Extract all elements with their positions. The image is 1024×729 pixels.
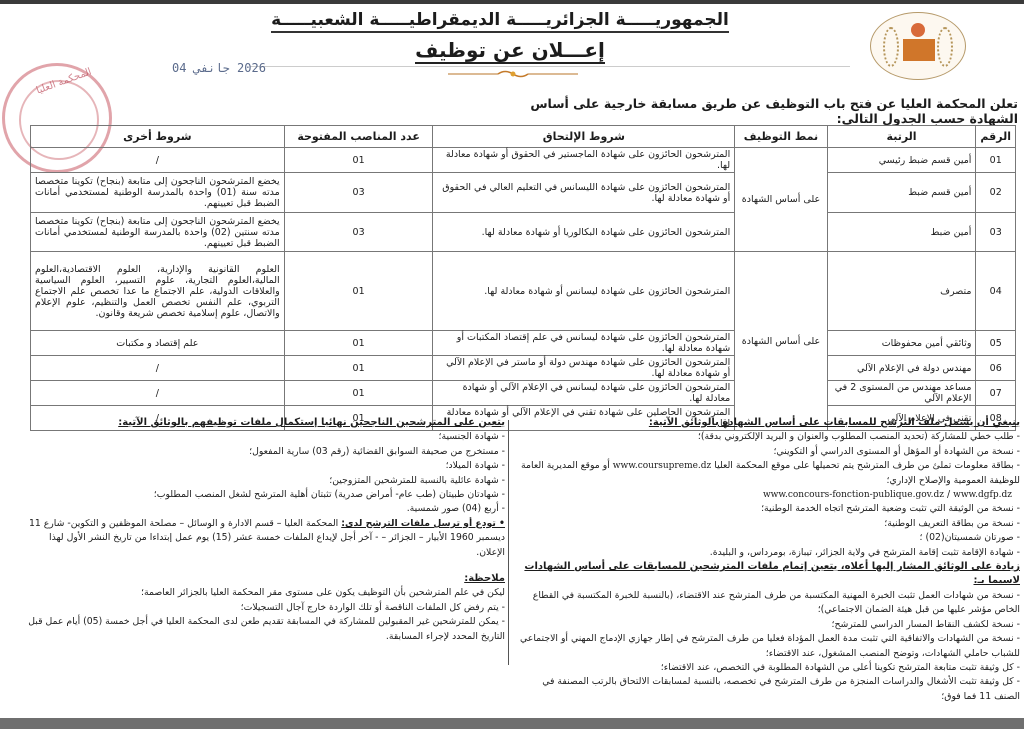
row-rank: أمين قسم ضبط رئيسي: [827, 148, 976, 173]
doc-item: - كل وثيقة تثبت متابعة المترشح تكوينا أع…: [515, 661, 1020, 675]
table-row: 07 مساعد مهندس من المستوى 2 في الإعلام ا…: [31, 381, 1016, 406]
row-other: يخضع المترشحون الناجحون إلى متابعة (بنجا…: [31, 213, 285, 252]
link-concours-fonction-publique[interactable]: www.concours-fonction-publique.gov.dz: [763, 490, 944, 500]
doc-item-text: - بطاقة معلومات تملئ من طرف المترشح يتم …: [714, 460, 1020, 471]
row-count: 01: [284, 148, 433, 173]
crest-icon: [911, 23, 925, 37]
doc-item: - شهادة الإقامة تثبت إقامة المترشح في ول…: [515, 546, 1020, 560]
announcement-title-text: إعـــلان عن توظيف: [415, 38, 605, 64]
row-num: 06: [976, 356, 1016, 381]
row-conditions: المترشحون الحائزون على شهادة ليسانس في ا…: [433, 381, 735, 406]
table-row: 04 متصرف على أساس الشهادة المترشحون الحا…: [31, 252, 1016, 331]
doc-item: - نسخة لكشف النقاط المسار الدراسي للمترش…: [515, 618, 1020, 632]
table-row: 01 أمين قسم ضبط رئيسي على أساس الشهادة ا…: [31, 148, 1016, 173]
table-header-row: الرقم الرتبة نمط التوظيف شروط الإلتحاق ع…: [31, 126, 1016, 148]
intro-paragraph: تعلن المحكمة العليا عن فتح باب التوظيف ع…: [520, 96, 1018, 126]
doc-item: - نسخة من الشهادة أو المؤهل أو المستوى ا…: [515, 445, 1020, 459]
header-rank: الرتبة: [827, 126, 976, 148]
doc-item: - شهادة الجنسية؛: [20, 430, 505, 444]
table-row: 02 أمين قسم ضبط المترشحون الحائزون على ش…: [31, 173, 1016, 213]
table-row: 03 أمين ضبط المترشحون الحائزون على شهادة…: [31, 213, 1016, 252]
note-heading: ملاحظة:: [20, 572, 505, 586]
deposit-label: • تودع أو ترسل ملفات الترشح لدى:: [341, 518, 505, 529]
final-documents-heading: يتعين على المترشحين الناجحين نهائيا إستك…: [20, 416, 505, 430]
announcement-title: إعـــلان عن توظيف: [360, 38, 660, 62]
image-bottom-border: [0, 718, 1024, 729]
application-documents-section: ينبغي أن يشمل ملف الترشح للمسابقات على أ…: [515, 416, 1020, 704]
header-conditions: شروط الإلتحاق: [433, 126, 735, 148]
row-other: علم إقتصاد و مكتبات: [31, 331, 285, 356]
republic-heading-text: الجمهوريـــــة الجزائريـــــة الديمقراطي…: [271, 10, 729, 33]
additional-documents-heading: زيادة على الوثائق المشار إليها أعلاه، يت…: [515, 560, 1020, 589]
doc-item: - نسخة من شهادات العمل تثبت الخبرة المهن…: [515, 589, 1020, 618]
republic-heading: الجمهوريـــــة الجزائريـــــة الديمقراطي…: [210, 10, 790, 30]
row-rank: أمين قسم ضبط: [827, 173, 976, 213]
row-num: 02: [976, 173, 1016, 213]
row-mode: على أساس الشهادة: [735, 252, 828, 431]
row-rank: مساعد مهندس من المستوى 2 في الإعلام الآل…: [827, 381, 976, 406]
image-top-border: [0, 0, 1024, 4]
row-num: 05: [976, 331, 1016, 356]
row-conditions: المترشحون الحائزون على شهادة الليسانس في…: [433, 173, 735, 213]
row-mode: على أساس الشهادة: [735, 148, 828, 252]
row-num: 07: [976, 381, 1016, 406]
ornament-icon: [448, 70, 578, 78]
doc-item: - صورتان شمسيتان(02) ؛: [515, 531, 1020, 545]
row-other: /: [31, 148, 285, 173]
row-count: 01: [284, 252, 433, 331]
doc-item: - كل وثيقة تثبت الأشغال والدراسات المنجز…: [515, 675, 1020, 704]
doc-item: - نسخة من الشهادات والاتفاقية التي تثبت …: [515, 632, 1020, 661]
row-num: 03: [976, 213, 1016, 252]
spacer: [20, 560, 505, 572]
header-other: شروط أخرى: [31, 126, 285, 148]
doc-item: - أربع (04) صور شمسية.: [20, 502, 505, 516]
doc-item: - مستخرج من صحيفة السوابق القضائية (رقم …: [20, 445, 505, 459]
application-documents-heading: ينبغي أن يشمل ملف الترشح للمسابقات على أ…: [515, 416, 1020, 430]
header-mode: نمط التوظيف: [735, 126, 828, 148]
doc-item-info-card: - بطاقة معلومات تملئ من طرف المترشح يتم …: [515, 459, 1020, 488]
doc-item: - نسخة من الوثيقة التي تثبت وضعية المترش…: [515, 502, 1020, 516]
doc-item: - شهادة الميلاد؛: [20, 459, 505, 473]
link-coursupreme[interactable]: www.coursupreme.dz: [613, 461, 712, 471]
header-num: الرقم: [976, 126, 1016, 148]
row-num: 01: [976, 148, 1016, 173]
header-rule: [250, 66, 850, 67]
row-other: يخضع المترشحون الناجحون إلى متابعة (بنجا…: [31, 173, 285, 213]
row-count: 01: [284, 356, 433, 381]
note-item: ليكن في علم المترشحين بأن التوظيف يكون ع…: [20, 586, 505, 600]
row-other: /: [31, 356, 285, 381]
row-count: 03: [284, 173, 433, 213]
row-conditions: المترشحون الحائزون على شهادة ليسانس أو ش…: [433, 252, 735, 331]
final-documents-section: يتعين على المترشحين الناجحين نهائيا إستك…: [20, 416, 505, 644]
note-item: - يمكن للمترشحين غير المقبولين للمشاركة …: [20, 615, 505, 644]
row-conditions: المترشحون الحائزون على شهادة مهندس دولة …: [433, 356, 735, 381]
positions-table: الرقم الرتبة نمط التوظيف شروط الإلتحاق ع…: [30, 125, 1016, 431]
row-conditions: المترشحون الحائزون على شهادة البكالوريا …: [433, 213, 735, 252]
doc-item: - نسخة من بطاقة التعريف الوطنية؛: [515, 517, 1020, 531]
row-num: 04: [976, 252, 1016, 331]
column-divider: [508, 420, 509, 665]
row-conditions: المترشحون الحائزون على شهادة ليسانس في ع…: [433, 331, 735, 356]
deposit-info: • تودع أو ترسل ملفات الترشح لدى: المحكمة…: [20, 517, 505, 560]
doc-item: - طلب خطي للمشاركة (تحديد المنصب المطلوب…: [515, 430, 1020, 444]
row-rank: مهندس دولة في الإعلام الآلي: [827, 356, 976, 381]
wreath-right-icon: [937, 27, 953, 67]
doc-item: - شهادة عائلية بالنسبة للمترشحين المتزوج…: [20, 474, 505, 488]
row-rank: وثائقي أمين محفوظات: [827, 331, 976, 356]
note-item: - يتم رفض كل الملفات الناقصة أو تلك الوا…: [20, 601, 505, 615]
row-other: /: [31, 381, 285, 406]
court-building-icon: [903, 39, 935, 61]
row-rank: متصرف: [827, 252, 976, 331]
header-count: عدد المناصب المفتوحة: [284, 126, 433, 148]
row-conditions: المترشحون الحائزون على شهادة الماجستير ف…: [433, 148, 735, 173]
supreme-court-logo: [870, 12, 966, 80]
row-other: العلوم القانونية والإدارية، العلوم الاقت…: [31, 252, 285, 331]
table-row: 05 وثائقي أمين محفوظات المترشحون الحائزو…: [31, 331, 1016, 356]
doc-item-urls: www.concours-fonction-publique.gov.dz / …: [515, 488, 1020, 502]
doc-item: - شهادتان طبيتان (طب عام- أمراض صدرية) ت…: [20, 488, 505, 502]
seal-text: المحكمة العليا: [35, 66, 93, 96]
table-row: 06 مهندس دولة في الإعلام الآلي المترشحون…: [31, 356, 1016, 381]
row-count: 03: [284, 213, 433, 252]
link-dgfp[interactable]: www.dgfp.dz: [953, 490, 1012, 500]
row-count: 01: [284, 381, 433, 406]
wreath-left-icon: [883, 27, 899, 67]
row-rank: أمين ضبط: [827, 213, 976, 252]
reception-date-stamp: 2026 جانفي 04: [172, 61, 266, 75]
row-count: 01: [284, 331, 433, 356]
